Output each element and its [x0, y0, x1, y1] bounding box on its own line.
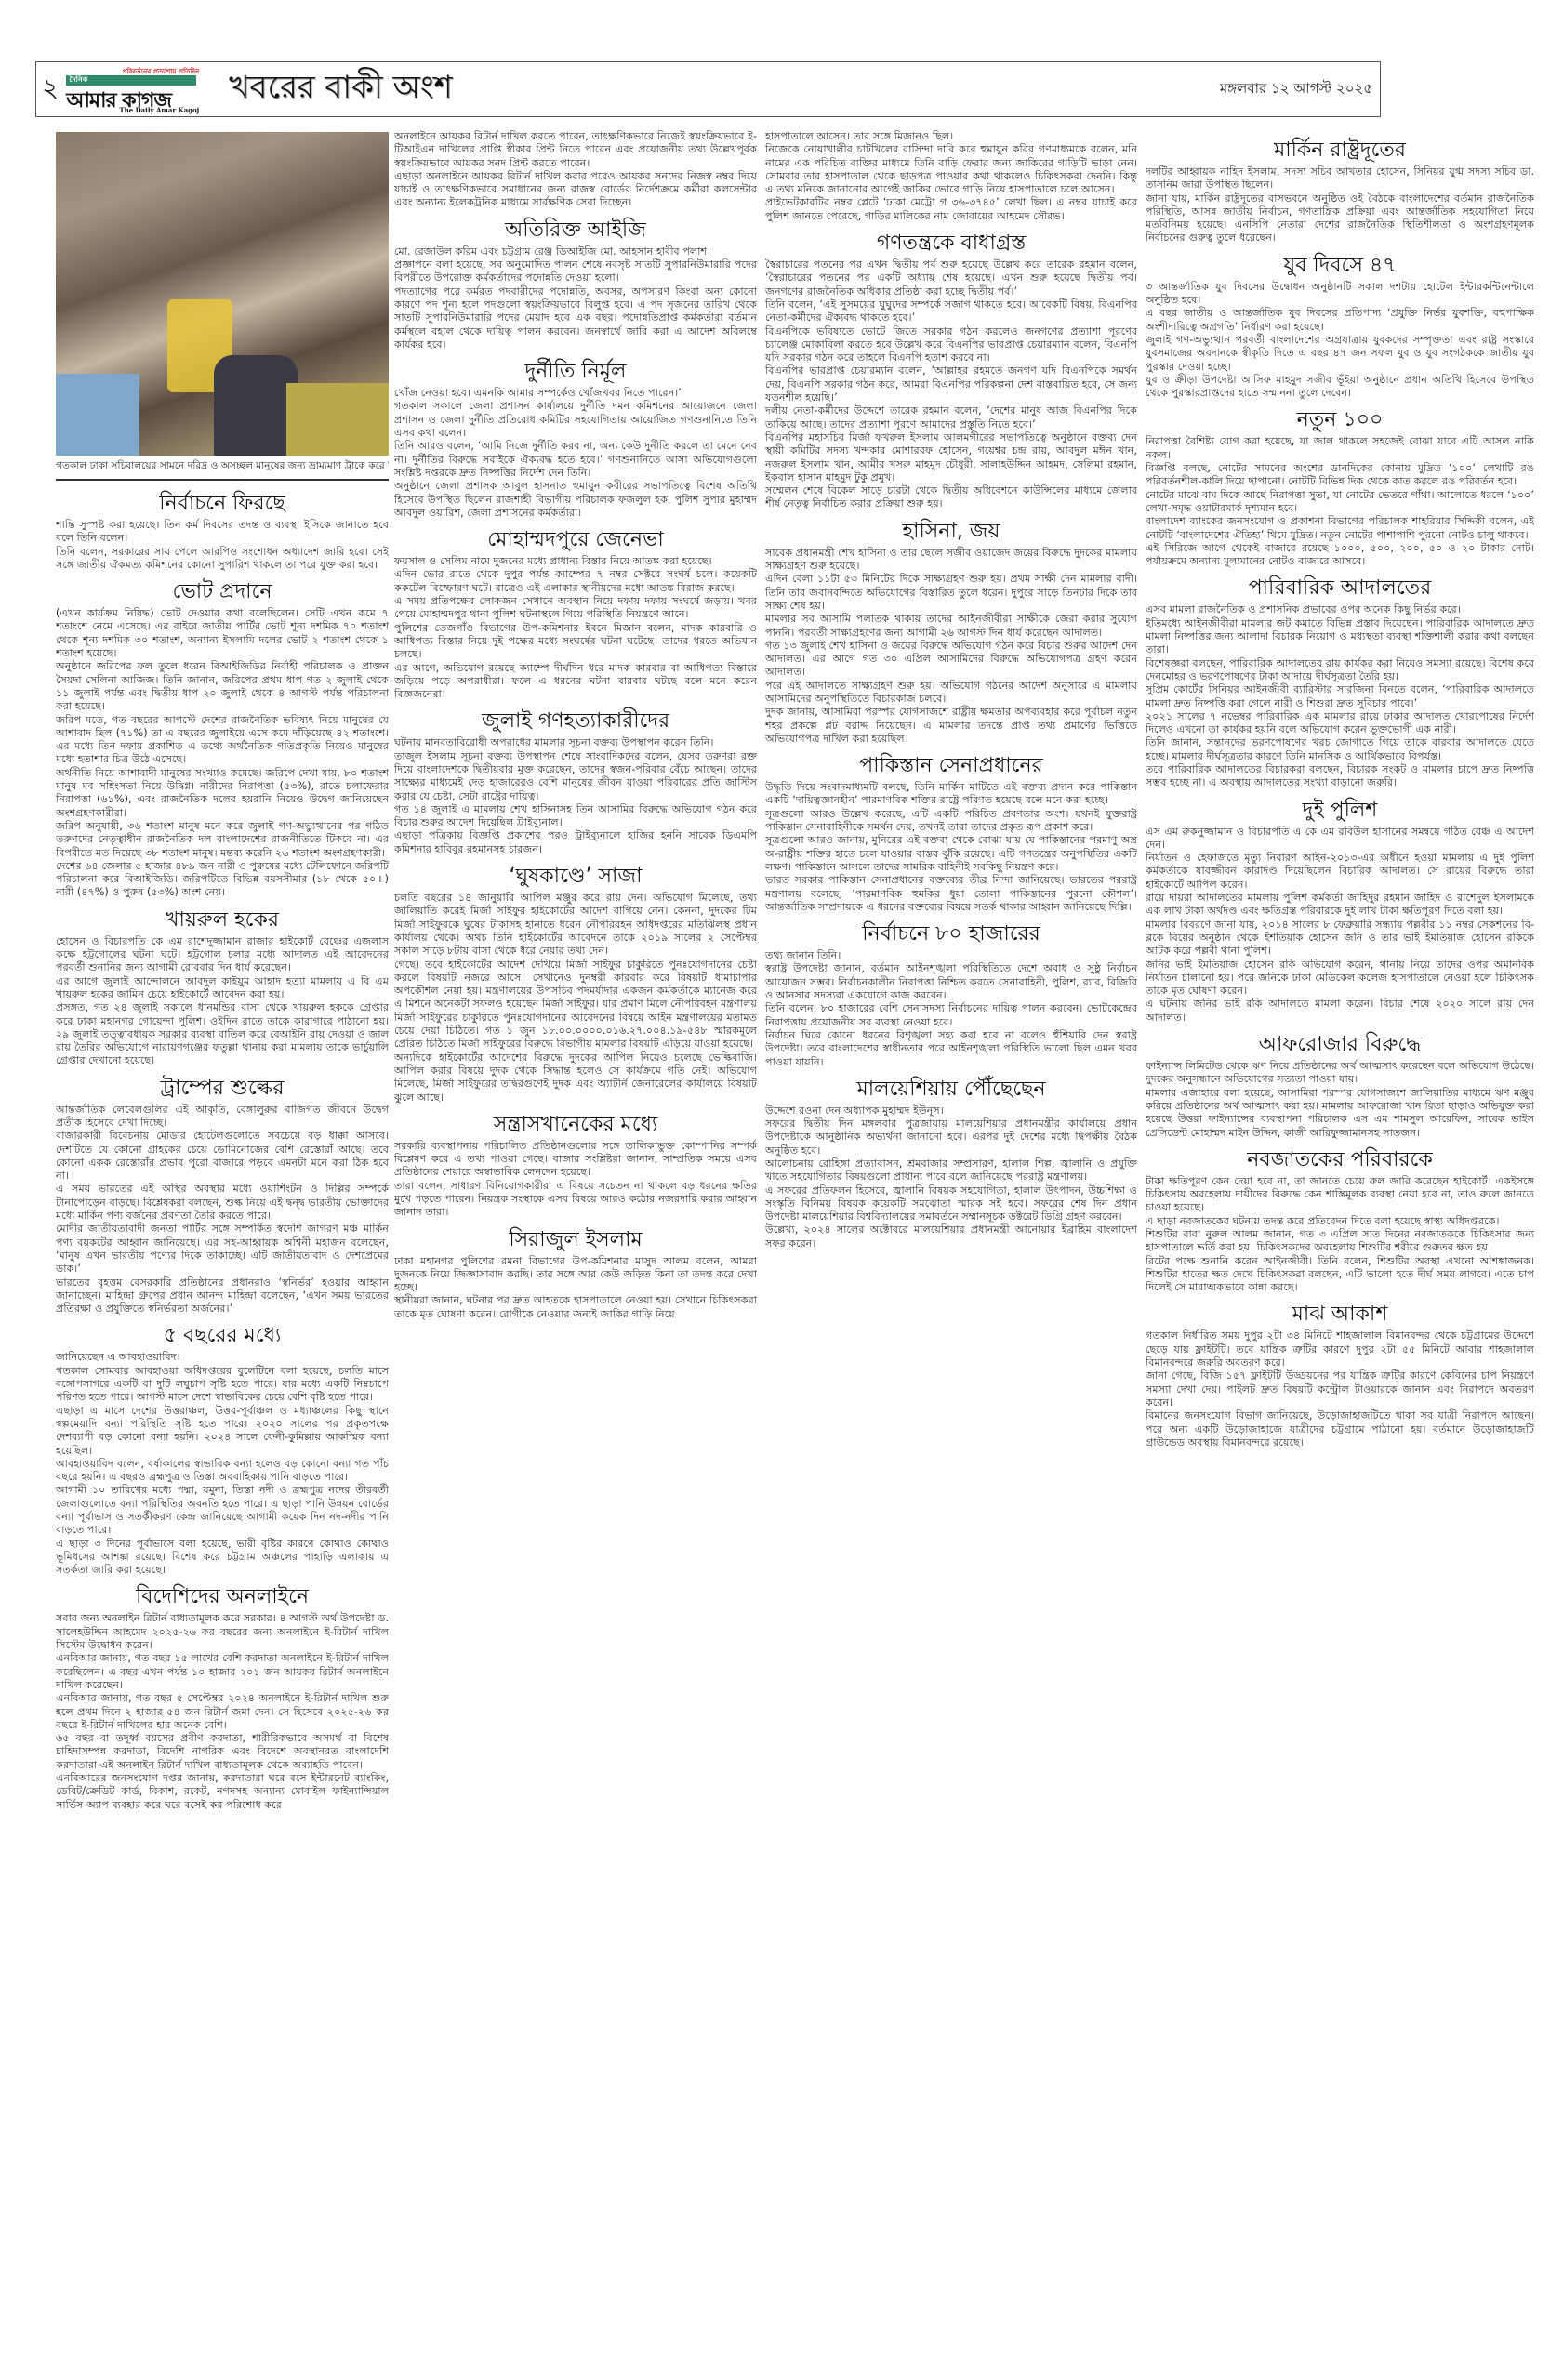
photo-region — [214, 355, 298, 456]
article-paragraph: ফয়সাল ও সেলিম নামে দুজনের মধ্যে প্রাধান… — [394, 555, 757, 568]
article-paragraph: গত ১৩ জুলাই শেখ হাসিনা ও জয়ের বিরুদ্ধে … — [765, 640, 1137, 680]
article-headline[interactable]: দুই পুলিশ — [1146, 798, 1534, 824]
article: সন্ত্রাসখানেকের মধ্যেসরকারি ব্যবস্থাপনায… — [394, 1112, 757, 1220]
article-headline[interactable]: ‘ঘুষকাণ্ডে’ সাজা — [394, 864, 757, 890]
article-paragraph: বিএনপির ভারপ্রাপ্ত চেয়ারম্যান বলেন, ‘আল… — [765, 364, 1137, 404]
article: মাঝ আকাশগতকাল নির্ধারিত সময় দুপুর ২টা ৩… — [1146, 1302, 1534, 1449]
article: হাসিনা, জয়সাবেক প্রধানমন্ত্রী শেখ হাসিন… — [765, 519, 1137, 746]
article-paragraph: উল্লেখ্য, ২০২৪ সালের অক্টোবরে মালয়েশিয়… — [765, 1223, 1137, 1250]
article-paragraph: অনলাইনে আয়কর রিটার্ন দাখিল করতে পারেন, … — [394, 130, 757, 170]
article-paragraph: স্বরাষ্ট্র উপদেষ্টা জানান, বর্তমান আইনশৃ… — [765, 962, 1137, 1002]
article-paragraph: বিজ্ঞপ্তি বলছে, নোটের সামনের অংশের ডানদি… — [1146, 462, 1534, 489]
article-paragraph: জরিপ অনুযায়ী, ৩৬ শতাংশ মানুষ মনে করে জু… — [56, 820, 389, 860]
article-paragraph: মামলার এজাহারে বলা হয়েছে, আসামিরা পরস্প… — [1146, 1087, 1534, 1140]
masthead: ২ দৈনিক পরিবর্তনের প্রত্যাশায় প্রতিদিন … — [35, 61, 1381, 117]
article-paragraph: পরে এই আদালতে সাক্ষ্যগ্রহণ শুরু হয়। অভি… — [765, 680, 1137, 707]
article-headline[interactable]: জুলাই গণহত্যাকারীদের — [394, 708, 757, 734]
article-paragraph: খোঁজ নেওয়া হবে। এমনকি আমার সম্পর্কেও খো… — [394, 387, 757, 400]
photo-region — [286, 383, 389, 456]
article-paragraph: এ সময় ভারতের এই অস্থির অবস্থার মধ্যে ওয… — [56, 1183, 389, 1223]
article-paragraph: তবে পারিবারিক আদালতের বিচারকরা বলছেন, বি… — [1146, 763, 1534, 790]
article-paragraph: এ সময় প্রতিপক্ষের লোকজন সেখানে অবস্থান … — [394, 595, 757, 622]
article: পারিবারিক আদালতেরএসব মামলা রাজনৈতিক ও প্… — [1146, 575, 1534, 789]
article-paragraph: সাবেক প্রধানমন্ত্রী শেখ হাসিনা ও তার ছেল… — [765, 547, 1137, 574]
article: গণতন্ত্রকে বাধাগ্রস্তস্বৈরাচারের পতনের প… — [765, 231, 1137, 511]
section-title: খবরের বাকী অংশ — [229, 63, 452, 116]
masthead-left: ২ দৈনিক পরিবর্তনের প্রত্যাশায় প্রতিদিন … — [36, 63, 557, 116]
article-paragraph: মোদীর জাতীয়তাবাদী জনতা পার্টির সঙ্গে সম… — [56, 1223, 389, 1276]
article: মার্কিন রাষ্ট্রদূতেরদলটির আহ্বায়ক নাহিদ… — [1146, 138, 1534, 245]
article-paragraph: তিনি আরও বলেন, ‘আমি নিজে দুর্নীতি করব না… — [394, 440, 757, 480]
article-paragraph: এছাড়া পত্রিকায় বিজ্ঞপ্তি প্রকাশের পরও … — [394, 829, 757, 856]
article-headline[interactable]: মাঝ আকাশ — [1146, 1302, 1534, 1328]
article-paragraph: ৬৫ বছর বা তদূর্ধ্ব বয়সের প্রবীণ করদাতা,… — [56, 1732, 389, 1772]
article-paragraph: জানা গেছে, বিজি ১৫৭ ফ্লাইটটি উড্ডয়নের প… — [1146, 1369, 1534, 1409]
article-paragraph: এ ছাড়া ৩ দিনের পূর্বাভাসে বলা হয়েছে, ভ… — [56, 1538, 389, 1578]
article-paragraph: শিশুটির বাবা নুরুল আলম জানান, গত ৩ এপ্রি… — [1146, 1228, 1534, 1255]
article-paragraph: হোসেন ও বিচারপতি কে এম রাশেদুজ্জামান রাজ… — [56, 935, 389, 975]
article: নবজাতকের পরিবারকেটাকা ক্ষতিপূরণ কেন দেয়… — [1146, 1147, 1534, 1295]
article: ট্রাম্পের শুল্কেরআন্তর্জাতিক লেবেলগুলির … — [56, 1076, 389, 1316]
article-paragraph: স্বৈরাচারের পতনের পর এখন দ্বিতীয় পর্ব শ… — [765, 258, 1137, 298]
article: নির্বাচনে ফিরছেশান্তি সুস্পষ্ট করা হয়েছ… — [56, 491, 389, 572]
article-paragraph: বিমানের জনসংযোগ বিভাগ জানিয়েছে, উড়োজাহ… — [1146, 1409, 1534, 1449]
column-3: হাসপাতালে আসেন। তার সঙ্গে মিজানও ছিল।নিজ… — [765, 130, 1137, 2334]
article-headline[interactable]: ভোট প্রদানে — [56, 579, 389, 605]
article-headline[interactable]: সিরাজুল ইসলাম — [394, 1227, 757, 1253]
article: নির্বাচনে ৮০ হাজারেরতথ্য জানান তিনি।স্বর… — [765, 921, 1137, 1069]
article-paragraph: জনির ভাই ইমতিয়াজ হোসেন রকি অভিযোগ করেন,… — [1146, 959, 1534, 998]
article-paragraph: এছাড়া এ মাসে দেশের উত্তরাঞ্চল, উত্তর-পূ… — [56, 1405, 389, 1458]
article-headline[interactable]: মোহাম্মদপুরে জেনেভা — [394, 527, 757, 553]
article-paragraph: পুলিশের তেজগাঁও বিভাগের উপ-কমিশনার ইবনে … — [394, 622, 757, 662]
article-paragraph: মামলার সব আসামি পলাতক থাকায় তাদের আইনজী… — [765, 613, 1137, 640]
article-paragraph: মামলার বিবরণে জানা যায়, ২০১৪ সালের ৮ ফে… — [1146, 919, 1534, 959]
article-paragraph: অর্থনীতি নিয়ে আশাবাদী মানুষের সংখ্যাও ক… — [56, 767, 389, 820]
article-paragraph: অনুষ্ঠানে জেলা প্রশাসক আবুল হাসনাত হুমায… — [394, 480, 757, 520]
article-paragraph: জানিয়েছেন এ আবহাওয়াবিদ। — [56, 1351, 389, 1364]
article-paragraph: তিনি জানান, সন্তানদের ভরণপোষণের খরচ জোগা… — [1146, 736, 1534, 763]
article: অতিরিক্ত আইজিমো. রেজাউল করিম এবং চট্টগ্র… — [394, 218, 757, 351]
article-paragraph: স্থানীয়রা জানান, ঘটনার পর দ্রুত আহতকে হ… — [394, 1294, 757, 1321]
article-paragraph: এর আগে জুলাই আন্দোলনে আবদুল কাইয়ুম আহাদ… — [56, 975, 389, 1002]
article: দুর্নীতি নির্মূলখোঁজ নেওয়া হবে। এমনকি আ… — [394, 359, 757, 520]
article-paragraph: উদ্ধৃতি দিয়ে সংবাদমাধ্যমটি বলছে, তিনি ম… — [765, 781, 1137, 808]
article-paragraph: ফাইন্যান্স লিমিটেড থেকে ঋণ নিয়ে প্রতিষ্… — [1146, 1060, 1534, 1087]
article-paragraph: গেছে। তবে হাইকোর্টের আদেশ দেখিয়ে মির্জা… — [394, 959, 757, 1051]
article-headline[interactable]: মার্কিন রাষ্ট্রদূতের — [1146, 138, 1534, 164]
article: দুই পুলিশএস এম রুকনুজ্জামান ও বিচারপতি এ… — [1146, 798, 1534, 1025]
article-paragraph: এ বছর জাতীয় ও আন্তর্জাতিক যুব দিবসের প্… — [1146, 307, 1534, 334]
article-paragraph: এছাড়া অনলাইনে আয়কর রিটার্ন দাখিল করার … — [394, 170, 757, 210]
article-paragraph: এনবিআর জানায়, গত বছর ৫ সেপ্টেম্বর ২০২৪ … — [56, 1692, 389, 1732]
article-paragraph: তারা বলেন, সাধারণ বিনিয়োগকারীরা এ বিষয়… — [394, 1180, 757, 1220]
article-paragraph: ঘটনায় মানবতাবিরোধী অপরাধের মামলার সূচনা… — [394, 736, 757, 749]
article-paragraph: তিনি বলেন, ৮০ হাজারের বেশি সেনাসদস্য নির… — [765, 1002, 1137, 1029]
article-headline[interactable]: সন্ত্রাসখানেকের মধ্যে — [394, 1112, 757, 1138]
article-paragraph: সূত্রগুলো আরও জানায়, মুনিরের এই বক্তব্য… — [765, 834, 1137, 874]
article: নতুন ১০০নিরাপত্তা বৈশিষ্ট্য যোগ করা হয়ে… — [1146, 407, 1534, 568]
article-headline[interactable]: গণতন্ত্রকে বাধাগ্রস্ত — [765, 231, 1137, 257]
article-paragraph: আগামী ১০ তারিখের মধ্যে পদ্মা, যমুনা, তিস… — [56, 1484, 389, 1537]
article-paragraph: দেশের ৬৪ জেলার ৫ হাজার ৪৮৯ জন নারী ও পুর… — [56, 860, 389, 900]
article: অনলাইনে আয়কর রিটার্ন দাখিল করতে পারেন, … — [394, 130, 757, 210]
photo-region — [56, 374, 139, 456]
article-paragraph: শান্তি সুস্পষ্ট করা হয়েছে। তিন কর্ম দিব… — [56, 519, 389, 546]
article-paragraph: আলোচনায় রোহিঙ্গা প্রত্যাবাসন, শ্রমবাজার… — [765, 1157, 1137, 1184]
article-headline[interactable]: পাকিস্তান সেনাপ্রধানের — [765, 753, 1137, 779]
column-2: অনলাইনে আয়কর রিটার্ন দাখিল করতে পারেন, … — [394, 130, 757, 2334]
article-paragraph: সুপ্রিম কোর্টের সিনিয়র আইনজীবী ব্যারিস্… — [1146, 683, 1534, 710]
article-paragraph: এনবিআরের জনসংযোগ দপ্তর জানায়, করদাতারা … — [56, 1772, 389, 1812]
column-4: মার্কিন রাষ্ট্রদূতেরদলটির আহ্বায়ক নাহিদ… — [1146, 130, 1534, 2334]
article-paragraph: উদ্দেশে রওনা দেন অধ্যাপক মুহাম্মদ ইউনূস। — [765, 1104, 1137, 1117]
article-paragraph: প্রসঙ্গত, গত ২৪ জুলাই সকালে ধানমন্ডির বা… — [56, 1001, 389, 1067]
article-paragraph: এসব মামলা রাজনৈতিক ও প্রশাসনিক প্রভাবের … — [1146, 603, 1534, 616]
article-headline[interactable]: পারিবারিক আদালতের — [1146, 575, 1534, 602]
article-paragraph: নির্বাচন ঘিরে কোনো ধরনের বিশৃঙ্খলা সহ্য … — [765, 1029, 1137, 1069]
article-paragraph: এই সিরিজে আগে থেকেই বাজারে রয়েছে ১০০০, … — [1146, 542, 1534, 569]
article-headline[interactable]: হাসিনা, জয় — [765, 519, 1137, 545]
article-headline[interactable]: যুব দিবসে ৪৭ — [1146, 253, 1534, 279]
article-paragraph: বাজারকারী বিবেচনায় মোডার হোটেলগুলোতে সব… — [56, 1130, 389, 1183]
article-paragraph: এদিন বেলা ১১টা ৫৩ মিনিটের দিকে সাক্ষ্যগ্… — [765, 573, 1137, 613]
article-paragraph: বিএনপিকে ভবিষ্যতে ভোটে জিতে সরকার গঠন কর… — [765, 325, 1137, 365]
newspaper-logo[interactable]: দৈনিক পরিবর্তনের প্রত্যাশায় প্রতিদিন আম… — [66, 66, 201, 112]
article: মোহাম্মদপুরে জেনেভাফয়সাল ও সেলিম নামে দ… — [394, 527, 757, 701]
article-paragraph: দলটির আহ্বায়ক নাহিদ ইসলাম, সদস্য সচিব আ… — [1146, 165, 1534, 192]
article-headline[interactable]: ট্রাম্পের শুল্কের — [56, 1076, 389, 1102]
article-paragraph: বাংলাদেশ ব্যাংকের জনসংযোগ ও প্রকাশনা বিভ… — [1146, 515, 1534, 542]
article-paragraph: বিশেষজ্ঞরা বলছেন, পারিবারিক আদালতের রায়… — [1146, 657, 1534, 684]
article: জুলাই গণহত্যাকারীদেরঘটনায় মানবতাবিরোধী … — [394, 708, 757, 856]
article-paragraph: প্রজ্ঞাপনে বলা হয়েছে, সব অনুমোদিত পালন … — [394, 258, 757, 285]
article-paragraph: এ ছাড়া নবজাতকের ঘটনায় তদন্ত করে প্রতিব… — [1146, 1215, 1534, 1228]
article-paragraph: জানা যায়, মার্কিন রাষ্ট্রদূতের বাসভবনে … — [1146, 192, 1534, 245]
article-paragraph: তথ্য জানান তিনি। — [765, 949, 1137, 962]
article-paragraph: সম্মেলন শেষে বিকেল সাড়ে চারটা থেকে দ্বি… — [765, 484, 1137, 511]
issue-date: মঙ্গলবার ১২ আগস্ট ২০২৫ — [1220, 78, 1372, 101]
article-headline[interactable]: নির্বাচনে ফিরছে — [56, 491, 389, 517]
article-paragraph: মো. রেজাউল করিম এবং চট্টগ্রাম রেঞ্জ ডিআই… — [394, 245, 757, 258]
article-paragraph: যুব ও ক্রীড়া উপদেষ্টা আসিফ মাহমুদ সজীব … — [1146, 374, 1534, 401]
article-paragraph: টাকা ক্ষতিপূরণ কেন দেয়া হবে না, তা জানত… — [1146, 1175, 1534, 1215]
article-paragraph: এদিন ভোর রাতে থেকে দুপুর পর্যন্ত ক্যাম্প… — [394, 568, 757, 595]
article-paragraph: ২০২১ সালের ৭ নভেম্বর পারিবারিক এক মামলার… — [1146, 710, 1534, 737]
article: পাকিস্তান সেনাপ্রধানেরউদ্ধৃতি দিয়ে সংবা… — [765, 753, 1137, 914]
article-paragraph: এনবিআর জানায়, গত বছর ১৫ লাখের বেশি করদা… — [56, 1652, 389, 1692]
article-headline[interactable]: নির্বাচনে ৮০ হাজারের — [765, 921, 1137, 947]
article-paragraph: বিএনপির মহাসচিব মির্জা ফখরুল ইসলাম আলমগী… — [765, 431, 1137, 484]
article-paragraph: ঢাকা মহানগর পুলিশের রমনা বিভাগের উপ-কমিশ… — [394, 1255, 757, 1295]
article-paragraph: এস এম রুকনুজ্জামান ও বিচারপতি এ কে এম রব… — [1146, 826, 1534, 853]
article: খায়রুল হকেরহোসেন ও বিচারপতি কে এম রাশেদ… — [56, 907, 389, 1068]
article-paragraph: রায়ে দায়রা আদালতের মামলায় পুলিশ কর্মক… — [1146, 892, 1534, 919]
article-paragraph: এ ঘটনায় জনির ভাই রকি আদালতে মামলা করেন।… — [1146, 998, 1534, 1025]
article-headline[interactable]: খায়রুল হকের — [56, 907, 389, 933]
article-headline[interactable]: নবজাতকের পরিবারকে — [1146, 1147, 1534, 1173]
page-number: ২ — [42, 68, 59, 112]
article-paragraph: (এখন কার্যক্রম নিষিদ্ধ) ভোট দেওয়ার কথা … — [56, 607, 389, 660]
article: হাসপাতালে আসেন। তার সঙ্গে মিজানও ছিল।নিজ… — [765, 130, 1137, 223]
logo-tagline: পরিবর্তনের প্রত্যাশায় প্রতিদিন — [123, 66, 200, 77]
article-headline[interactable]: আফরোজার বিরুদ্ধে — [1146, 1032, 1534, 1058]
article: বিদেশিদের অনলাইনেসবার জন্য অনলাইন রিটার্… — [56, 1584, 389, 1811]
article-paragraph: এর আগে, অভিযোগ রয়েছে ক্যাম্পে দীর্ঘদিন … — [394, 662, 757, 702]
article-paragraph: ভারত সরকার পাকিস্তান সেনাপ্রধানের বক্তব্… — [765, 874, 1137, 914]
article-paragraph: অন্যদিকে হাইকোর্টের আদেশের বিরুদ্ধে দুদক… — [394, 1051, 757, 1104]
article: আফরোজার বিরুদ্ধেফাইন্যান্স লিমিটেড থেকে … — [1146, 1032, 1534, 1140]
article-paragraph: প্রাইভেটকারটির নম্বর প্লেটে ‘ঢাকা মেট্রো… — [765, 196, 1137, 223]
photo-caption: গতকাল ঢাকা সচিবালয়ের সামনে দরিদ্র ও অসচ… — [56, 459, 389, 481]
article-paragraph: গতকাল সোমবার আবহাওয়া অধিদপ্তরের বুলেটিন… — [56, 1365, 389, 1405]
article-paragraph: আবহাওয়াবিদ বলেন, বর্ষাকালের স্বাভাবিক ব… — [56, 1458, 389, 1485]
article-paragraph: সবার জন্য অনলাইন রিটার্ন বাধ্যতামূলক করে… — [56, 1612, 389, 1652]
article: সিরাজুল ইসলামঢাকা মহানগর পুলিশের রমনা বি… — [394, 1227, 757, 1321]
article-paragraph: ইতিমধ্যে আইনজীবীরা মামলার জট কমাতে বিভিন… — [1146, 617, 1534, 657]
article-paragraph: নোটের মাঝে বাম দিকে আছে নিরাপত্তা সুতা, … — [1146, 489, 1534, 516]
article-paragraph: তিনি বলেন, সরকারের সায় পেলে আরপিও সংশোধ… — [56, 546, 389, 573]
article-paragraph: ৩ আন্তর্জাতিক যুব দিবসের উদ্বোধন অনুষ্ঠা… — [1146, 281, 1534, 308]
article-paragraph: সূত্রগুলো আরও উল্লেখ করেছে, এটি একটি পরি… — [765, 808, 1137, 835]
article-paragraph: সরকারি ব্যবস্থাপনায় পরিচালিত প্রতিষ্ঠান… — [394, 1140, 757, 1180]
article-headline[interactable]: নতুন ১০০ — [1146, 407, 1534, 433]
column-1: নির্বাচনে ফিরছেশান্তি সুস্পষ্ট করা হয়েছ… — [56, 483, 389, 2334]
article-paragraph: জরিপ মতে, গত বছরের আগস্টে দেশের রাজনৈতিক… — [56, 714, 389, 767]
article-paragraph: অনুষ্ঠানে জরিপের ফল তুলে ধরেন বিআইজিডির … — [56, 660, 389, 713]
article-paragraph: গতকাল সকালে জেলা প্রশাসন কার্যালয়ে দুর্… — [394, 400, 757, 440]
logo-english: The Daily Amar Kagoj — [119, 106, 199, 114]
article: ভোট প্রদানে(এখন কার্যক্রম নিষিদ্ধ) ভোট দ… — [56, 579, 389, 900]
article-headline[interactable]: বিদেশিদের অনলাইনে — [56, 1584, 389, 1610]
article-headline[interactable]: ৫ বছরের মধ্যে — [56, 1323, 389, 1349]
article-paragraph: হাসপাতালে আসেন। তার সঙ্গে মিজানও ছিল। — [765, 130, 1137, 143]
article-paragraph: পদত্যাগের পরে কর্মরত পদবারীদের পদোন্নতি,… — [394, 285, 757, 351]
article-paragraph: রিটের পক্ষে শুনানি করেন আইনজীবী। তিনি বল… — [1146, 1255, 1534, 1295]
article-paragraph: দলীয় নেতা-কর্মীদের উদ্দেশে তারেক রহমান … — [765, 404, 1137, 431]
article-headline[interactable]: মালয়েশিয়ায় পৌঁছেছেন — [765, 1077, 1137, 1103]
article-headline[interactable]: অতিরিক্ত আইজি — [394, 218, 757, 244]
article-paragraph: গত ১৪ জুলাই এ মামলায় শেখ হাসিনাসহ তিন আ… — [394, 803, 757, 830]
article: যুব দিবসে ৪৭৩ আন্তর্জাতিক যুব দিবসের উদ্… — [1146, 253, 1534, 401]
article: ৫ বছরের মধ্যেজানিয়েছেন এ আবহাওয়াবিদ।গত… — [56, 1323, 389, 1577]
article-paragraph: জুলাই গণ-অভ্যুত্থান পরবর্তী বাংলাদেশের অ… — [1146, 334, 1534, 374]
article: ‘ঘুষকাণ্ডে’ সাজাচলতি বছরের ১৪ জানুয়ারি … — [394, 864, 757, 1104]
article-paragraph: আন্তর্জাতিক লেবেলগুলির এই আকৃতি, বেঙ্গাল… — [56, 1104, 389, 1130]
lead-photo — [56, 132, 389, 456]
article-paragraph: সফরের দ্বিতীয় দিন মঙ্গলবার পুত্রজায়ায়… — [765, 1117, 1137, 1157]
article-paragraph: দুদক জানায়, আসামিরা পরস্পর যোগসাজশে রাষ… — [765, 706, 1137, 746]
article-paragraph: নির্যাতন ও হেফাজতে মৃত্যু নিবারণ আইন-২০১… — [1146, 852, 1534, 892]
article-paragraph: নিজেকে নোয়াখালীর চাটখিলের বাসিন্দা দাবি… — [765, 143, 1137, 196]
article-paragraph: গতকাল নির্ধারিত সময় দুপুর ২টা ৩৪ মিনিটে… — [1146, 1329, 1534, 1369]
article-paragraph: ভারতের বৃহত্তম বেসরকারি প্রতিষ্ঠানের প্র… — [56, 1276, 389, 1316]
article: মালয়েশিয়ায় পৌঁছেছেনউদ্দেশে রওনা দেন অ… — [765, 1077, 1137, 1250]
article-headline[interactable]: দুর্নীতি নির্মূল — [394, 359, 757, 385]
article-paragraph: তিনি বলেন, ‘এই সুসময়ের ঘুঘুদের সম্পর্কে… — [765, 298, 1137, 325]
article-paragraph: এ সফরের প্রতিফলন হিসেবে, জ্বালানি বিষয়ক… — [765, 1184, 1137, 1224]
article-paragraph: তাজুল ইসলাম সূচনা বক্তব্য উপস্থাপন শেষে … — [394, 750, 757, 803]
article-paragraph: চলতি বছরের ১৪ জানুয়ারি আপিল মঞ্জুর করে … — [394, 892, 757, 958]
article-paragraph: নিরাপত্তা বৈশিষ্ট্য যোগ করা হয়েছে, যা জ… — [1146, 435, 1534, 462]
